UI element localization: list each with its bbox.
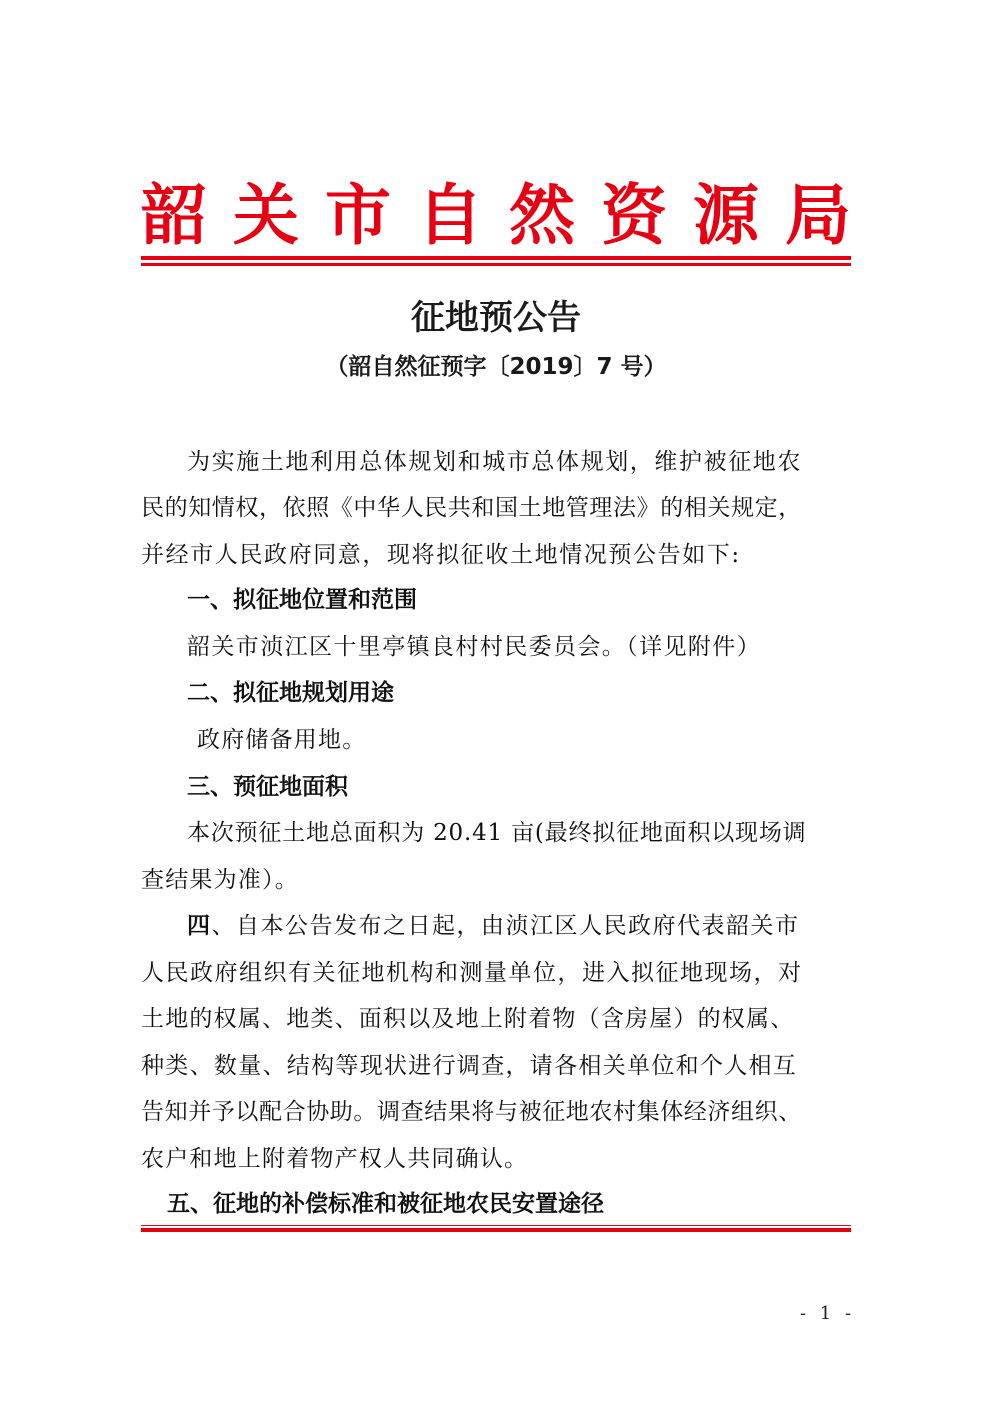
footer-rule-thin [141,1225,851,1226]
footer-rule-thick [141,1228,851,1232]
intro-line: 为实施土地利用总体规划和城市总体规划，维护被征地农 [187,446,802,478]
masthead-char: 自 [417,180,483,252]
section-body-survey: 土地的权属、地类、面积以及地上附着物（含房屋）的权属、 [141,1003,794,1035]
page-number: - 1 - [800,1302,855,1326]
section-body-planned-use: 政府储备用地。 [197,724,366,756]
section-heading-compensation: 五、征地的补偿标准和被征地农民安置途径 [167,1188,604,1220]
section-body-area: 查结果为准）。 [141,864,299,896]
section-heading-survey: 四 [187,913,212,939]
intro-line: 民的知情权，依照《中华人民共和国土地管理法》的相关规定， [141,492,802,524]
section-body-location: 韶关市浈江区十里亭镇良村村民委员会。（详见附件） [187,631,761,663]
section-heading-location: 一、拟征地位置和范围 [187,584,417,616]
section-survey-line: 四、自本公告发布之日起，由浈江区人民政府代表韶关市 [187,910,800,942]
masthead-char: 关 [233,180,299,252]
section-heading-area: 三、预征地面积 [187,771,348,803]
masthead-rule-bottom [141,263,851,266]
masthead-char: 源 [693,180,759,252]
masthead-char: 局 [785,180,851,252]
section-body-survey: 种类、数量、结构等现状进行调查，请各相关单位和个人相互 [141,1050,797,1082]
section-body-area: 本次预征土地总面积为 20.41 亩(最终拟征地面积以现场调 [187,817,806,849]
section-body-survey: 农户和地上附着物产权人共同确认。 [141,1143,528,1175]
masthead-char: 韶 [141,180,207,252]
masthead-char: 资 [601,180,667,252]
intro-line: 并经市人民政府同意，现将拟征收土地情况预公告如下: [141,539,741,571]
masthead-char: 然 [509,180,575,252]
masthead-rule-top [141,256,851,260]
issuing-authority-masthead: 韶 关 市 自 然 资 源 局 [141,180,851,252]
document-number: （韶自然征预字〔2019〕7 号） [0,350,992,384]
section-heading-planned-use: 二、拟征地规划用途 [187,677,394,709]
section-body-survey: 人民政府组织有关征地机构和测量单位，进入拟征地现场，对 [141,957,803,989]
document-title: 征地预公告 [0,296,992,340]
masthead-char: 市 [325,180,391,252]
section-body-survey: 告知并予以配合协助。调查结果将与被征地农村集体经济组织、 [141,1096,802,1128]
section-body-survey: 、自本公告发布之日起，由浈江区人民政府代表韶关市 [212,913,800,939]
